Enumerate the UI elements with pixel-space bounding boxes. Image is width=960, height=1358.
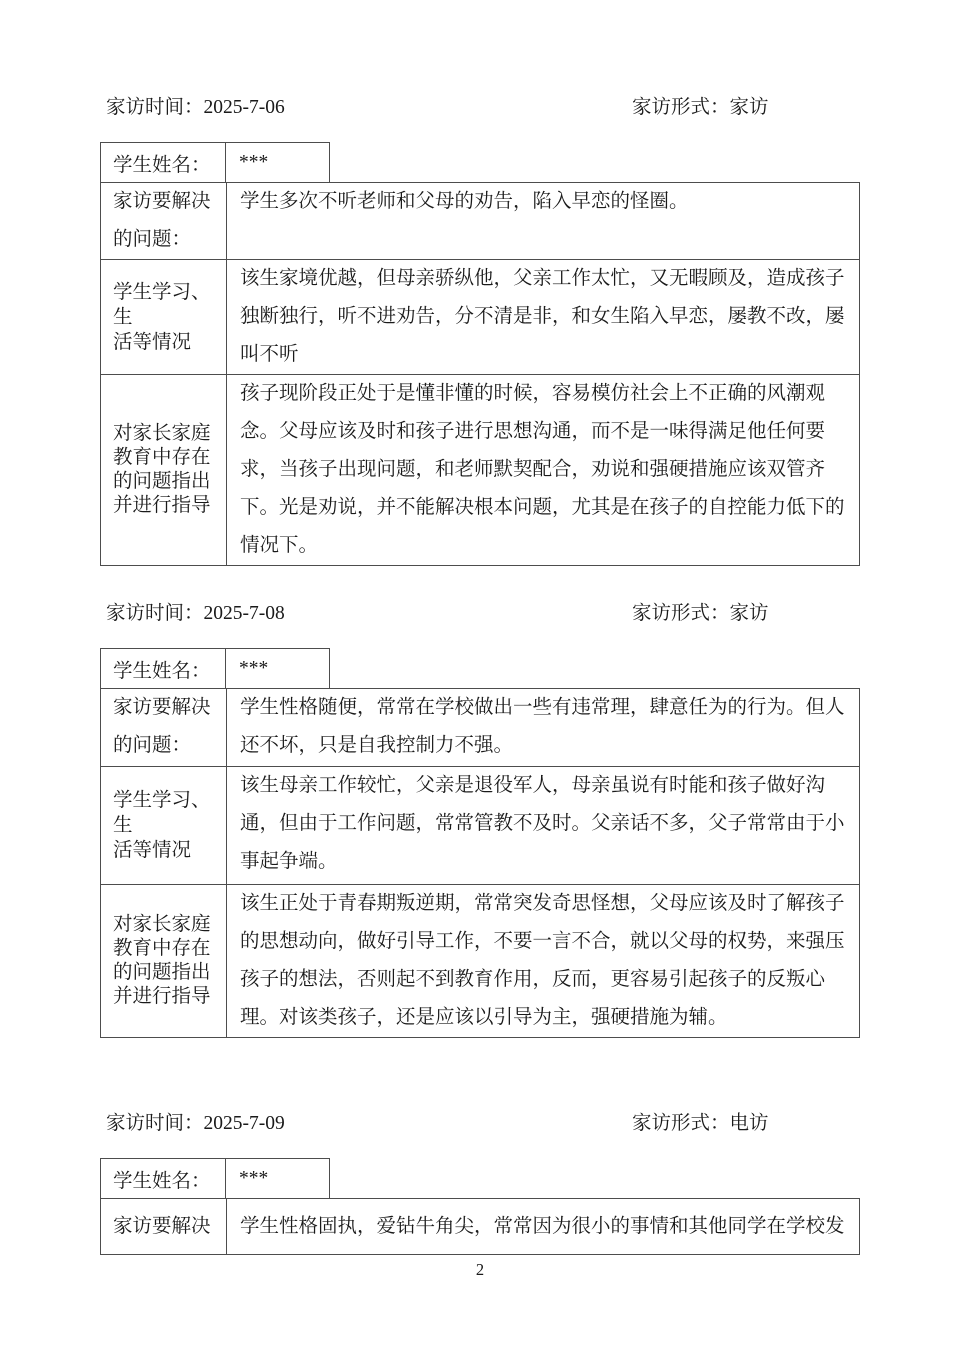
problem-content: 学生性格随便，常常在学校做出一些有违常理，肆意任为的行为。但人还不坏，只是自我控… bbox=[227, 689, 860, 767]
visit-time-label: 家访时间： bbox=[106, 97, 204, 118]
visit-record-section-3: 家访时间：2025-7-09 家访形式：电访 学生姓名： *** 家访要解决 学… bbox=[100, 1111, 860, 1255]
visit-time-label: 家访时间： bbox=[106, 1113, 204, 1134]
visit-form-label: 家访形式： bbox=[632, 1113, 730, 1134]
student-name-value: *** bbox=[226, 1158, 330, 1198]
visit-form-value: 电访 bbox=[730, 1113, 769, 1134]
visit-header: 家访时间：2025-7-08 家访形式：家访 bbox=[100, 601, 860, 627]
visit-time-label: 家访时间： bbox=[106, 603, 204, 624]
problem-content: 学生性格固执，爱钻牛角尖，常常因为很小的事情和其他同学在学校发 bbox=[227, 1199, 860, 1255]
visit-form: 家访形式：电访 bbox=[632, 1111, 769, 1137]
situation-content: 该生家境优越，但母亲骄纵他，父亲工作太忙，又无暇顾及，造成孩子独断独行，听不进劝… bbox=[227, 260, 860, 375]
student-name-row: 学生姓名： *** bbox=[100, 648, 860, 688]
problem-row: 家访要解决 的问题： 学生性格随便，常常在学校做出一些有违常理，肆意任为的行为。… bbox=[101, 689, 860, 767]
visit-time-value: 2025-7-06 bbox=[204, 97, 285, 118]
student-name-value: *** bbox=[226, 142, 330, 182]
visit-record-section-2: 家访时间：2025-7-08 家访形式：家访 学生姓名： *** 家访要解决 的… bbox=[100, 601, 860, 1038]
guidance-row: 对家长家庭 教育中存在 的问题指出 并进行指导 孩子现阶段正处于是懂非懂的时候，… bbox=[101, 375, 860, 566]
visit-form: 家访形式：家访 bbox=[632, 601, 769, 627]
situation-content: 该生母亲工作较忙，父亲是退役军人，母亲虽说有时能和孩子做好沟通，但由于工作问题，… bbox=[227, 767, 860, 885]
visit-time-value: 2025-7-09 bbox=[204, 1113, 285, 1134]
visit-form-value: 家访 bbox=[730, 603, 769, 624]
student-name-label: 学生姓名： bbox=[100, 1158, 226, 1198]
visit-time: 家访时间：2025-7-09 bbox=[106, 1113, 285, 1134]
visit-form-value: 家访 bbox=[730, 97, 769, 118]
situation-row: 学生学习、生 活等情况 该生母亲工作较忙，父亲是退役军人，母亲虽说有时能和孩子做… bbox=[101, 767, 860, 885]
problem-row: 家访要解决 学生性格固执，爱钻牛角尖，常常因为很小的事情和其他同学在学校发 bbox=[101, 1199, 860, 1255]
problem-label: 家访要解决 的问题： bbox=[101, 689, 227, 767]
situation-label: 学生学习、生 活等情况 bbox=[101, 260, 227, 375]
visit-form: 家访形式：家访 bbox=[632, 95, 769, 121]
visit-header: 家访时间：2025-7-06 家访形式：家访 bbox=[100, 95, 860, 121]
visit-time: 家访时间：2025-7-06 bbox=[106, 97, 285, 118]
page-number: 2 bbox=[0, 1260, 960, 1280]
guidance-row: 对家长家庭 教育中存在 的问题指出 并进行指导 该生正处于青春期叛逆期，常常突发… bbox=[101, 885, 860, 1038]
visit-header: 家访时间：2025-7-09 家访形式：电访 bbox=[100, 1111, 860, 1137]
visit-form-label: 家访形式： bbox=[632, 97, 730, 118]
home-visit-record-page: 家访时间：2025-7-06 家访形式：家访 学生姓名： *** 家访要解决 的… bbox=[0, 0, 960, 1358]
situation-row: 学生学习、生 活等情况 该生家境优越，但母亲骄纵他，父亲工作太忙，又无暇顾及，造… bbox=[101, 260, 860, 375]
guidance-label: 对家长家庭 教育中存在 的问题指出 并进行指导 bbox=[101, 885, 227, 1038]
visit-time-value: 2025-7-08 bbox=[204, 603, 285, 624]
problem-label: 家访要解决 的问题： bbox=[101, 183, 227, 260]
student-name-label: 学生姓名： bbox=[100, 648, 226, 688]
guidance-content: 该生正处于青春期叛逆期，常常突发奇思怪想，父母应该及时了解孩子的思想动向，做好引… bbox=[227, 885, 860, 1038]
student-name-label: 学生姓名： bbox=[100, 142, 226, 182]
visit-record-table: 家访要解决 的问题： 学生多次不听老师和父母的劝告，陷入早恋的怪圈。 学生学习、… bbox=[100, 182, 860, 566]
guidance-content: 孩子现阶段正处于是懂非懂的时候，容易模仿社会上不正确的风潮观念。父母应该及时和孩… bbox=[227, 375, 860, 566]
student-name-row: 学生姓名： *** bbox=[100, 142, 860, 182]
situation-label: 学生学习、生 活等情况 bbox=[101, 767, 227, 885]
student-name-row: 学生姓名： *** bbox=[100, 1158, 860, 1198]
visit-record-table: 家访要解决 的问题： 学生性格随便，常常在学校做出一些有违常理，肆意任为的行为。… bbox=[100, 688, 860, 1038]
visit-form-label: 家访形式： bbox=[632, 603, 730, 624]
problem-row: 家访要解决 的问题： 学生多次不听老师和父母的劝告，陷入早恋的怪圈。 bbox=[101, 183, 860, 260]
guidance-label: 对家长家庭 教育中存在 的问题指出 并进行指导 bbox=[101, 375, 227, 566]
visit-time: 家访时间：2025-7-08 bbox=[106, 603, 285, 624]
visit-record-section-1: 家访时间：2025-7-06 家访形式：家访 学生姓名： *** 家访要解决 的… bbox=[100, 95, 860, 566]
problem-label: 家访要解决 bbox=[101, 1199, 227, 1255]
problem-content: 学生多次不听老师和父母的劝告，陷入早恋的怪圈。 bbox=[227, 183, 860, 260]
visit-record-table: 家访要解决 学生性格固执，爱钻牛角尖，常常因为很小的事情和其他同学在学校发 bbox=[100, 1198, 860, 1255]
student-name-value: *** bbox=[226, 648, 330, 688]
